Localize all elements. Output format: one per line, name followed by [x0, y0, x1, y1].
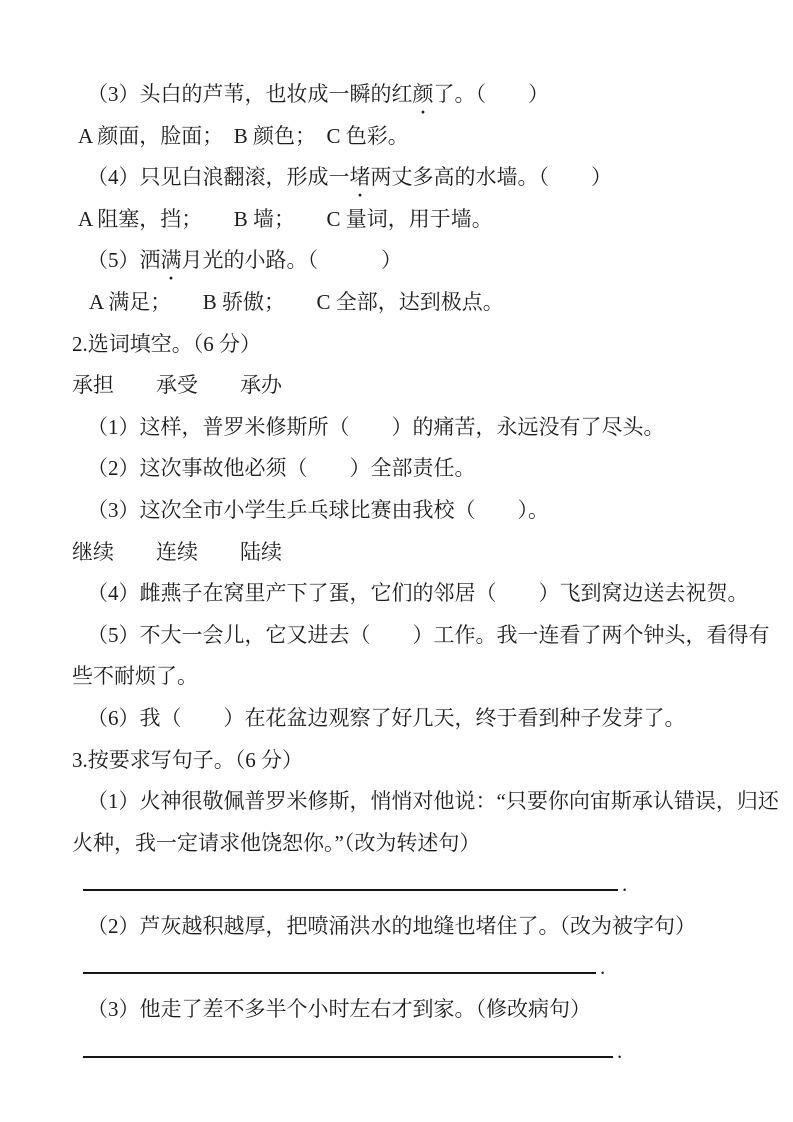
q1-item4-stem: （4）只见白浪翻滚，形成一堵两丈多高的水墙。（ ）	[72, 157, 757, 199]
q2-item4: （4）雌燕子在窝里产下了蛋，它们的邻居（ ）飞到窝边送去祝贺。	[72, 573, 757, 615]
answer-underline	[83, 889, 618, 891]
stem-text: 月光的小路。（ ）	[182, 248, 403, 272]
q3-item3: （3）他走了差不多半个小时左右才到家。（修改病句）	[72, 989, 757, 1031]
stem-text: （4）雌燕子在窝里产下了蛋，它们的邻居（ ）飞到窝边送去祝贺。	[87, 581, 749, 605]
word-bank-text: 承担 承受 承办	[72, 373, 282, 397]
word-bank-text: 继续 连续 陆续	[72, 540, 282, 564]
q2-word-bank-2: 继续 连续 陆续	[72, 532, 757, 574]
q1-item3-stem: （3）头白的芦苇，也妆成一瞬的红颜了。（ ）	[72, 74, 757, 116]
blank-terminator: .	[596, 955, 605, 979]
emphasized-char: 颜	[413, 74, 434, 116]
q3-item2-answer-row: .	[72, 947, 757, 989]
q2-item5-line1: （5）不大一会儿，它又进去（ ）工作。我一连看了两个钟头，看得有	[72, 615, 757, 657]
q3-item1-answer-row: .	[72, 864, 757, 906]
blank-terminator: .	[618, 872, 627, 896]
emphasized-char: 满	[161, 240, 182, 282]
q2-item1: （1）这样，普罗米修斯所（ ）的痛苦，永远没有了尽头。	[72, 407, 757, 449]
stem-text: （2）这次事故他必须（ ）全部责任。	[87, 456, 476, 480]
heading-text: 3.按要求写句子。（6 分）	[72, 748, 303, 772]
options-text: A 满足； B 骄傲； C 全部，达到极点。	[89, 290, 504, 314]
stem-text: （1）这样，普罗米修斯所（ ）的痛苦，永远没有了尽头。	[87, 415, 665, 439]
q3-item1-line1: （1）火神很敬佩普罗米修斯，悄悄对他说：“只要你向宙斯承认错误，归还	[72, 781, 757, 823]
q2-item3: （3）这次全市小学生乒乓球比赛由我校（ ）。	[72, 490, 757, 532]
stem-text: （6）我（ ）在花盆边观察了好几天，终于看到种子发芽了。	[87, 706, 686, 730]
q2-item6: （6）我（ ）在花盆边观察了好几天，终于看到种子发芽了。	[72, 698, 757, 740]
stem-text: （3）这次全市小学生乒乓球比赛由我校（ ）。	[87, 498, 549, 522]
answer-underline	[83, 972, 596, 974]
q2-item5-line2: 些不耐烦了。	[72, 656, 757, 698]
q1-item3-options: A 颜面，脸面； B 颜色； C 色彩。	[72, 116, 757, 158]
stem-text: （3）他走了差不多半个小时左右才到家。（修改病句）	[87, 997, 591, 1021]
q3-item1-line2: 火种，我一定请求他饶恕你。”（改为转述句）	[72, 823, 757, 865]
stem-text: （3）头白的芦苇，也妆成一瞬的红	[87, 82, 413, 106]
q1-item5-stem: （5）洒满月光的小路。（ ）	[72, 240, 757, 282]
q3-item3-answer-row: .	[72, 1031, 757, 1073]
stem-text: （5）不大一会儿，它又进去（ ）工作。我一连看了两个钟头，看得有	[87, 623, 770, 647]
q2-heading: 2.选词填空。（6 分）	[72, 324, 757, 366]
stem-text: （5）洒	[87, 248, 161, 272]
blank-terminator: .	[613, 1039, 622, 1063]
stem-text: 火种，我一定请求他饶恕你。”（改为转述句）	[72, 831, 480, 855]
options-text: A 颜面，脸面； B 颜色； C 色彩。	[78, 124, 409, 148]
options-text: A 阻塞，挡； B 墙； C 量词，用于墙。	[78, 207, 493, 231]
q2-word-bank-1: 承担 承受 承办	[72, 365, 757, 407]
stem-text: 些不耐烦了。	[72, 664, 198, 688]
emphasized-char: 堵	[350, 157, 371, 199]
heading-text: 2.选词填空。（6 分）	[72, 332, 261, 356]
stem-text: （4）只见白浪翻滚，形成一	[87, 165, 350, 189]
stem-text: 了。（ ）	[434, 82, 550, 106]
exam-page: （3）头白的芦苇，也妆成一瞬的红颜了。（ ） A 颜面，脸面； B 颜色； C …	[0, 0, 793, 1122]
stem-text: （1）火神很敬佩普罗米修斯，悄悄对他说：“只要你向宙斯承认错误，归还	[87, 789, 779, 813]
q2-item2: （2）这次事故他必须（ ）全部责任。	[72, 448, 757, 490]
q3-item2: （2）芦灰越积越厚，把喷涌洪水的地缝也堵住了。（改为被字句）	[72, 906, 757, 948]
q1-item4-options: A 阻塞，挡； B 墙； C 量词，用于墙。	[72, 199, 757, 241]
q1-item5-options: A 满足； B 骄傲； C 全部，达到极点。	[72, 282, 757, 324]
q3-heading: 3.按要求写句子。（6 分）	[72, 740, 757, 782]
answer-underline	[83, 1056, 613, 1058]
stem-text: （2）芦灰越积越厚，把喷涌洪水的地缝也堵住了。（改为被字句）	[87, 914, 696, 938]
stem-text: 两丈多高的水墙。（ ）	[371, 165, 613, 189]
